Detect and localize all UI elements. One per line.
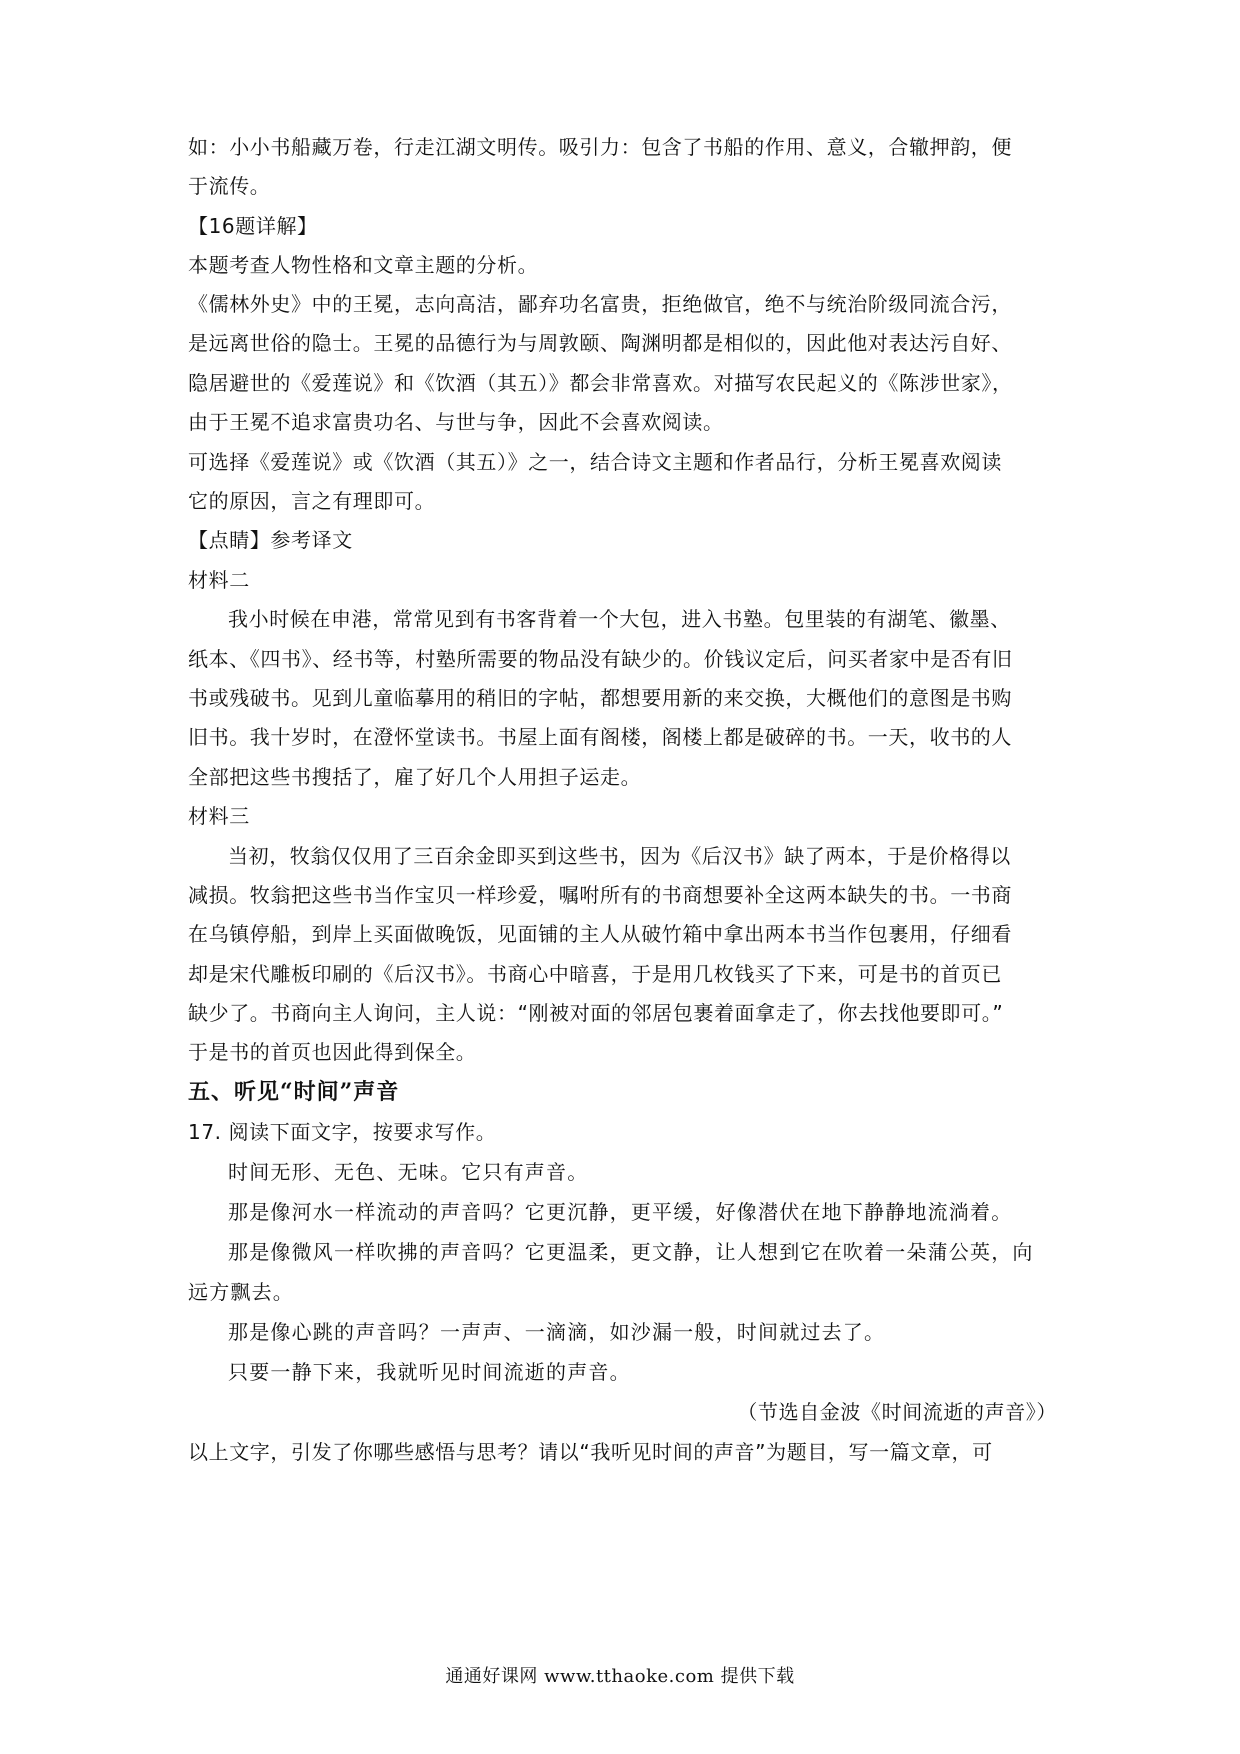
document-page: 如：小小书船藏万卷，行走江湖文明传。吸引力：包含了书船的作用、意义，合辙押韵，便… bbox=[0, 0, 1240, 1754]
material3-line-5: 缺少了。书商向主人询问，主人说：“刚被对面的邻居包裹着面拿走了，你去找他要即可。… bbox=[188, 999, 1003, 1027]
material2-line-1: 我小时候在申港，常常见到有书客背着一个大包，进入书塾。包里装的有湖笔、徽墨、 bbox=[228, 605, 1011, 633]
material2-line-4: 旧书。我十岁时，在澄怀堂读书。书屋上面有阁楼，阁楼上都是破碎的书。一天，收书的人 bbox=[188, 723, 1012, 751]
q17-source: （节选自金波《时间流逝的声音》） bbox=[737, 1398, 1057, 1426]
q16-guidance-line-2: 它的原因，言之有理即可。 bbox=[188, 487, 435, 515]
footer-watermark: 通通好课网 www.tthaoke.com 提供下载 bbox=[0, 1662, 1240, 1688]
material3-line-2: 减损。牧翁把这些书当作宝贝一样珍爱，嘱咐所有的书商想要补全这两本缺失的书。一书商 bbox=[188, 881, 1012, 909]
section5-heading: 五、听见“时间”声音 bbox=[188, 1078, 399, 1106]
q17-passage-line-5: 那是像心跳的声音吗？一声声、一滴滴，如沙漏一般，时间就过去了。 bbox=[228, 1318, 885, 1346]
q16-body-line-3: 隐居避世的《爱莲说》和《饮酒（其五）》都会非常喜欢。对描写农民起义的《陈涉世家》… bbox=[188, 369, 1013, 397]
q17-passage-line-2: 那是像河水一样流动的声音吗？它更沉静，更平缓，好像潜伏在地下静静地流淌着。 bbox=[228, 1198, 1012, 1226]
q16-guidance-line-1: 可选择《爱莲说》或《饮酒（其五）》之一，结合诗文主题和作者品行，分析王冕喜欢阅读 bbox=[188, 448, 1002, 476]
material2-line-3: 书或残破书。见到儿童临摹用的稍旧的字帖，都想要用新的来交换，大概他们的意图是书购 bbox=[188, 684, 1012, 712]
q17-passage-line-6: 只要一静下来，我就听见时间流逝的声音。 bbox=[228, 1358, 631, 1386]
q17-task: 以上文字，引发了你哪些感悟与思考？请以“我听见时间的声音”为题目，写一篇文章，可 bbox=[188, 1438, 993, 1466]
q17-passage-line-3: 那是像微风一样吹拂的声音吗？它更温柔，更文静，让人想到它在吹着一朵蒲公英，向 bbox=[228, 1238, 1034, 1266]
q17-passage-line-4: 远方飘去。 bbox=[188, 1278, 294, 1306]
material3-line-1: 当初，牧翁仅仅用了三百余金即买到这些书，因为《后汉书》缺了两本，于是价格得以 bbox=[228, 842, 1011, 870]
dianjing-header: 【点睛】参考译文 bbox=[188, 526, 353, 554]
q16-body-line-1: 《儒林外史》中的王冕，志向高洁，鄙弃功名富贵，拒绝做官，绝不与统治阶级同流合污， bbox=[188, 290, 1012, 318]
material3-line-4: 却是宋代雕板印刷的《后汉书》。书商心中暗喜，于是用几枚钱买了下来，可是书的首页已 bbox=[188, 960, 1002, 988]
q16-intro: 本题考查人物性格和文章主题的分析。 bbox=[188, 251, 538, 279]
material2-line-2: 纸本、《四书》、经书等，村塾所需要的物品没有缺少的。价钱议定后，问买者家中是否有… bbox=[188, 645, 1013, 673]
q17-passage-line-1: 时间无形、无色、无味。它只有声音。 bbox=[228, 1158, 588, 1186]
q15-example-line-1: 如：小小书船藏万卷，行走江湖文明传。吸引力：包含了书船的作用、意义，合辙押韵，便 bbox=[188, 133, 1012, 161]
material2-title: 材料二 bbox=[188, 566, 250, 594]
material3-title: 材料三 bbox=[188, 802, 250, 830]
q17-prompt: 17. 阅读下面文字，按要求写作。 bbox=[188, 1118, 496, 1146]
material2-line-5: 全部把这些书搜括了，雇了好几个人用担子运走。 bbox=[188, 763, 641, 791]
q15-example-line-2: 于流传。 bbox=[188, 172, 270, 200]
q16-body-line-2: 是远离世俗的隐士。王冕的品德行为与周敦颐、陶渊明都是相似的，因此他对表达污自好、 bbox=[188, 329, 1012, 357]
q16-header: 【16题详解】 bbox=[188, 212, 318, 240]
material3-line-6: 于是书的首页也因此得到保全。 bbox=[188, 1038, 476, 1066]
q16-body-line-4: 由于王冕不追求富贵功名、与世与争，因此不会喜欢阅读。 bbox=[188, 408, 724, 436]
material3-line-3: 在乌镇停船，到岸上买面做晚饭，见面铺的主人从破竹箱中拿出两本书当作包裹用，仔细看 bbox=[188, 920, 1012, 948]
